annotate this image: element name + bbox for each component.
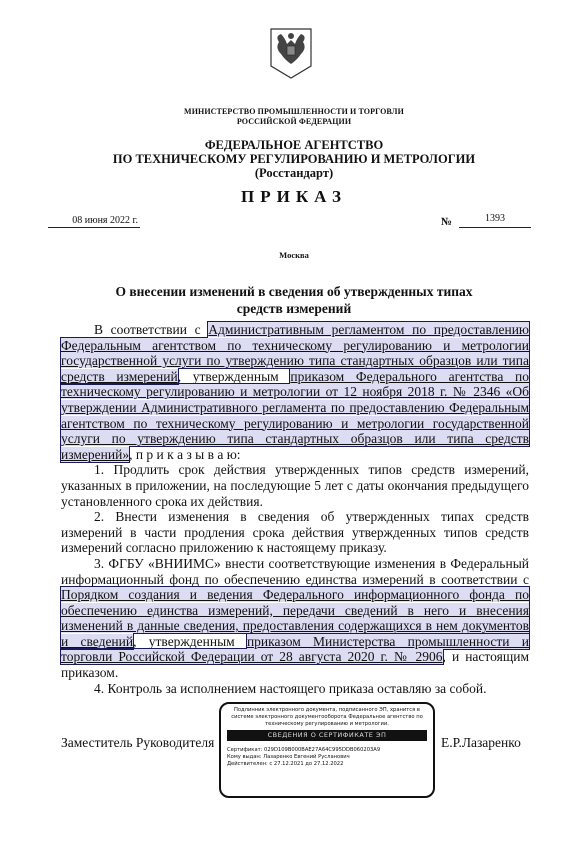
item-1: 1. Продлить срок действия утвержденных т…	[61, 462, 529, 509]
signer-name: Е.Р.Лазаренко	[441, 735, 521, 751]
issued-to: Кому выдан: Лазаренко Евгений Русланович	[227, 754, 433, 761]
preamble: В соответствии с Административным реглам…	[61, 322, 529, 462]
item-4: 4. Контроль за исполнением настоящего пр…	[61, 681, 529, 697]
stamp-certificate-bar: СВЕДЕНИЯ О СЕРТИФИКАТЕ ЭП	[227, 730, 427, 741]
stamp-heading: Подлинник электронного документа, подпис…	[221, 707, 433, 728]
number-sign: №	[441, 216, 452, 228]
document-type: ПРИКАЗ	[0, 187, 588, 207]
item-2: 2. Внести изменения в сведения об утверж…	[61, 509, 529, 556]
order-number: 1393	[459, 213, 531, 228]
signer-title: Заместитель Руководителя	[61, 735, 214, 751]
order-date: 08 июня 2022 г.	[48, 215, 140, 228]
e-signature-stamp: Подлинник электронного документа, подпис…	[219, 702, 435, 798]
city: Москва	[0, 250, 588, 260]
order-body: В соответствии с Административным реглам…	[61, 322, 529, 696]
stamp-details: Сертификат: 029D109B000BAE27A64C995DDB06…	[227, 747, 433, 768]
certificate-id: Сертификат: 029D109B000BAE27A64C995DDB06…	[227, 747, 433, 754]
order-subject: О внесении изменений в сведения об утвер…	[0, 283, 588, 317]
agency-name: ФЕДЕРАЛЬНОЕ АГЕНТСТВО ПО ТЕХНИЧЕСКОМУ РЕ…	[0, 138, 588, 180]
validity: Действителен: с 27.12.2021 до 27.12.2022	[227, 761, 433, 768]
item-3: 3. ФГБУ «ВНИИМС» внести соответствующие …	[61, 556, 529, 681]
ministry-name: МИНИСТЕРСТВО ПРОМЫШЛЕННОСТИ И ТОРГОВЛИ Р…	[0, 107, 588, 127]
coat-of-arms-icon	[265, 26, 317, 80]
